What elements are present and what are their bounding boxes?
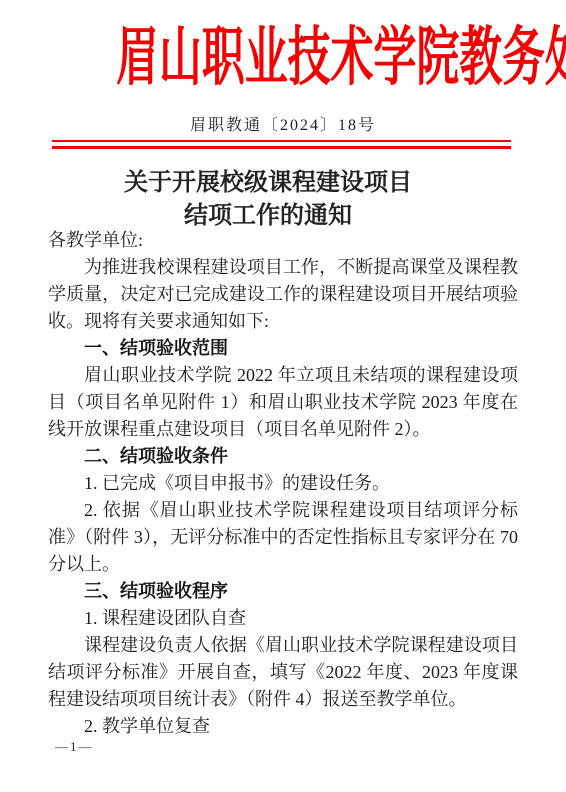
section-3-paragraph-3: 2. 教学单位复查 [48,713,518,740]
letterhead: 眉山职业技术学院教务处 [0,22,566,94]
section-2-paragraph-1: 1. 已完成《项目申报书》的建设任务。 [48,470,518,497]
page-number: —1— [55,739,94,755]
red-separator-line-thick [52,146,511,149]
section-1-paragraph-1: 眉山职业技术学院 2022 年立项且未结项的课程建设项目（项目名单见附件 1）和… [48,362,518,443]
document-title-line1: 关于开展校级课程建设项目 [33,166,503,199]
section-3-paragraph-2: 课程建设负责人依据《眉山职业技术学院课程建设项目结项评分标准》开展自查，填写《2… [48,632,518,713]
section-3-paragraph-1: 1. 课程建设团队自查 [48,605,518,632]
letterhead-title: 眉山职业技术学院教务处 [116,22,566,94]
document-page: 眉山职业技术学院教务处 眉职教通〔2024〕18号 关于开展校级课程建设项目 结… [0,0,566,792]
salutation: 各教学单位: [48,227,518,254]
section-3-heading: 三、结项验收程序 [48,578,518,605]
red-separator-line-thin [52,140,511,142]
doc-number: 眉职教通〔2024〕18号 [0,112,566,135]
intro-paragraph: 为推进我校课程建设项目工作，不断提高课堂及课程教学质量，决定对已完成建设工作的课… [48,254,518,335]
section-2-heading: 二、结项验收条件 [48,443,518,470]
document-title: 关于开展校级课程建设项目 结项工作的通知 [33,166,503,232]
document-body: 各教学单位: 为推进我校课程建设项目工作，不断提高课堂及课程教学质量，决定对已完… [48,227,518,740]
section-2-paragraph-2: 2. 依据《眉山职业技术学院课程建设项目结项评分标准》（附件 3），无评分标准中… [48,497,518,578]
section-1-heading: 一、结项验收范围 [48,335,518,362]
